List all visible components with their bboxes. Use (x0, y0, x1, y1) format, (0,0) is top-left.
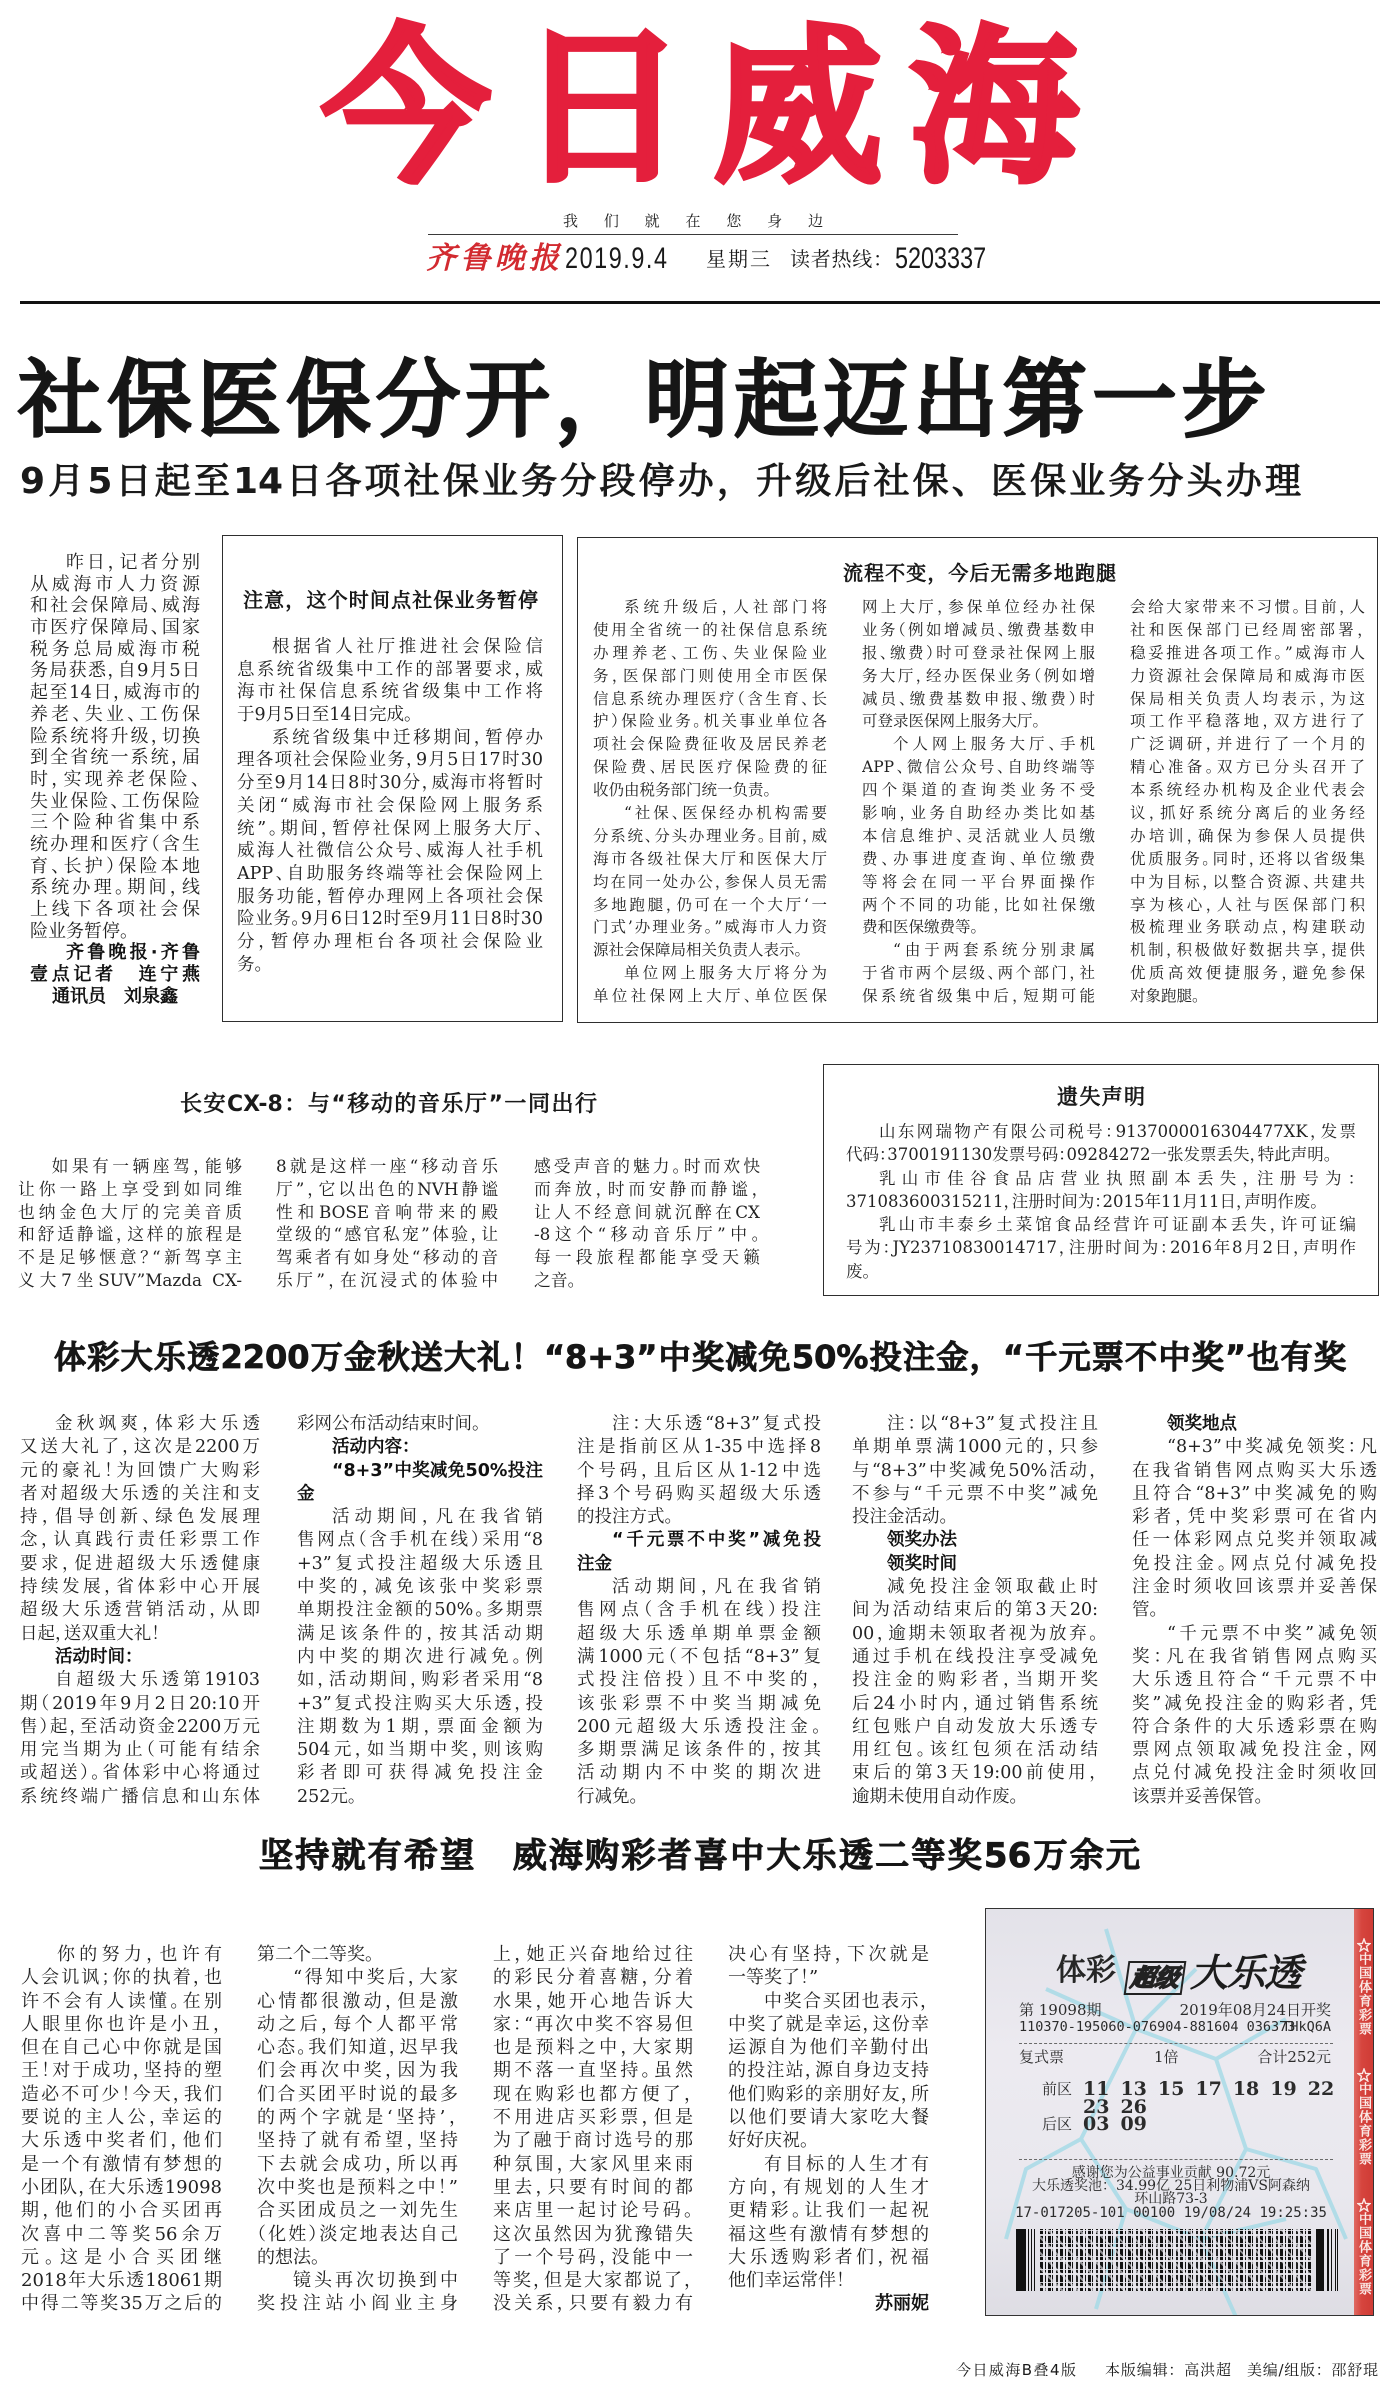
text-line: 注是指前区从1-35中选择8 (577, 1436, 821, 1459)
winner-story-column-2: 第二个二等奖。“得知中奖后，大家心情都很激动，但是激动之后，每个人都平常心态。我… (257, 1943, 458, 2316)
text-line: 们会再次中奖，因为我 (257, 2059, 458, 2082)
text-line: 息系统省级集中工作的部署要求，威 (237, 659, 543, 682)
lost-notice-body: 山东网瑞物产有限公司税号：9137000016304477XK，发票代码：370… (846, 1120, 1356, 1283)
text-line: 源社会保障局相关负责人表示。 (593, 939, 827, 962)
text-line: 险业务。9月6日12时至9月11日8时30 (237, 908, 543, 931)
text-line: 下去就会成功，所以再 (257, 2153, 458, 2176)
text-line: 不用进店买彩票，但是 (493, 2106, 693, 2129)
text-line: 项社会保险费征收及居民养老 (593, 733, 827, 756)
ticket-back-label: 后区 (1042, 2115, 1072, 2133)
text-line: 议，抓好系统分离后的业务经 (1130, 802, 1365, 825)
ticket-barcode (1016, 2229, 1339, 2291)
text-line: 等奖，但是大家都说了， (493, 2269, 693, 2292)
paragraph: 上，她正兴奋地给过往的彩民分着喜糖，分着水果，她开心地告诉大家：“再次中奖不容易… (493, 1943, 693, 2316)
paragraph: 网上大厅，参保单位经办社保业务（例如增减员、缴费基数申报、缴费）时可登录社保网上… (862, 596, 1095, 733)
text-line: 办理养老、工伤、失业保险业 (593, 642, 827, 665)
text-line: 不是足够惬意？“新驾享主 (18, 1246, 242, 1269)
text-line: 心情都很激动，但是激 (257, 1990, 458, 2013)
text-line: 等将会在同一平台界面操作 (862, 871, 1095, 894)
ticket-number: 09 (1120, 2114, 1146, 2134)
text-line: 海市社保信息系统省级集中工作将 (237, 681, 543, 704)
text-line: 但在自己心中你就是国 (21, 2036, 222, 2059)
text-line: 期（2019年9月2日20:10开 (20, 1693, 260, 1716)
issue-weekday: 星期三 (706, 247, 770, 271)
text-line: 自超级大乐透第19103 (20, 1669, 260, 1692)
ticket-brand: 体彩 (1056, 1953, 1116, 1989)
text-line: 的投注方式。 (577, 1506, 821, 1529)
text-line: 注：大乐透“8+3”复式投 (577, 1413, 821, 1436)
ticket-front-label: 前区 (1042, 2080, 1072, 2098)
text-line: 坚持了就有希望，坚持 (257, 2129, 458, 2152)
text-line: 金秋飒爽，体彩大乐透 (20, 1413, 260, 1436)
text-line: 到全省统一系统，届 (30, 747, 200, 769)
paragraph: 山东网瑞物产有限公司税号：9137000016304477XK，发票代码：370… (846, 1120, 1356, 1167)
byline: 通讯员 刘泉鑫 (30, 986, 200, 1008)
text-line: 优质高效便捷服务，避免参保 (1130, 962, 1365, 985)
text-line: 不参与“千元票不中奖”减免 (852, 1483, 1098, 1506)
section-heading: “8+3”中奖减免50%投注金 (297, 1460, 543, 1507)
newspaper-page: 今日威海 我们就在您身边 齐鲁晚报 2019.9.4 星期三 读者热线： 520… (0, 0, 1395, 2395)
text-line: 活动期间，凡在我省销 (297, 1506, 543, 1529)
text-line: 奖”减免投注金的购彩者，凭 (1132, 1693, 1377, 1716)
paragraph: 活动期间，凡在我省销售网点（含手机在线）投注超级大乐透单期单票金额满1000元（… (577, 1576, 821, 1809)
text-line: 次中奖也是预料之中！” (257, 2176, 458, 2199)
slogan-divider (428, 234, 958, 235)
ticket-number: 17 (1195, 2079, 1221, 2099)
cx8-column-3: 感受声音的魅力。时而欢快而奔放，时而安静而静谧，让人不经意间就沉醉在CX-8这个… (534, 1155, 760, 1292)
hotline-label: 读者热线： (790, 247, 893, 271)
text-line: “由于两套系统分别隶属 (862, 939, 1095, 962)
section-heading: 活动时间： (20, 1646, 260, 1669)
text-line: 王！对于成功，坚持的塑 (21, 2059, 222, 2082)
text-line: 减免投注金领取截止时 (852, 1576, 1098, 1599)
text-line: 的想法。 (257, 2246, 458, 2269)
text-line: 义大7坐SUV”Mazda CX- (18, 1269, 242, 1292)
text-line: 每一段旅程都能享受天籁 (534, 1246, 760, 1269)
text-line: 371083600315211，注册时间为：2015年11月11日，声明作废。 (846, 1190, 1356, 1213)
notice-box-title: 注意，这个时间点社保业务暂停 (243, 587, 538, 613)
text-line: 许不会有人读懂。在别 (21, 1990, 222, 2013)
text-line: 彩者即可获得减免投注金 (297, 1762, 543, 1785)
text-line: 第二个二等奖。 (257, 1943, 458, 1966)
text-line: 要求，促进超级大乐透健康 (20, 1553, 260, 1576)
text-line: 壹点记者 连宁燕 (30, 964, 200, 986)
text-line: 该张彩票不中奖当期减免 (577, 1693, 821, 1716)
paragraph: 注：以“8+3”复式投注且单期单票满1000元的，只参与“8+3”中奖减免50%… (852, 1413, 1098, 1529)
text-line: 大乐透购彩者们，祝福 (728, 2246, 929, 2269)
text-line: 山东网瑞物产有限公司税号：9137000016304477XK，发票 (846, 1120, 1356, 1143)
footer-editor: 本版编辑：高洪超 (1105, 2360, 1231, 2380)
winner-story-column-1: 你的努力，也许有人会讥讽；你的执着，也许不会有人读懂。在别人眼里你也许是小丑，但… (21, 1943, 222, 2316)
process-box-title: 流程不变，今后无需多地跑腿 (843, 560, 1116, 586)
ticket-serial: 110370-195060-076904-881604 036373 (1019, 2018, 1295, 2036)
text-line: 如，活动期间，购彩者采用“8 (297, 1669, 543, 1692)
text-line: 个人网上服务大厅、手机 (862, 733, 1095, 756)
text-line: 务局获悉，自9月5日 (30, 660, 200, 682)
text-line: 超级大乐透营销活动，从即 (20, 1599, 260, 1622)
text-line: 稳妥推进各项工作。”威海市人 (1130, 642, 1365, 665)
text-line: 免投注金。网点兑付减免投 (1132, 1553, 1377, 1576)
text-line: 与“8+3”中奖减免50%活动， (852, 1460, 1098, 1483)
lottery-ticket-photo: 体彩 超级 大乐透 第 19098期 2019年08月24日开奖 110370-… (985, 1908, 1374, 2316)
barcode-start-pattern (1016, 2229, 1036, 2291)
text-line: 之音。 (534, 1269, 760, 1292)
ticket-number: 19 (1270, 2079, 1296, 2099)
text-line: 元。这是小合买团继 (21, 2246, 222, 2269)
text-line: 中得二等奖35万之后的 (21, 2292, 222, 2315)
lottery-promo-column-4: 注：以“8+3”复式投注且单期单票满1000元的，只参与“8+3”中奖减免50%… (852, 1413, 1098, 1809)
section-heading: 领奖时间 (852, 1553, 1098, 1576)
text-line: 更精彩。让我们一起祝 (728, 2199, 929, 2222)
text-line: 乳山市丰泰乡土菜馆食品经营许可证副本丢失，许可证编 (846, 1213, 1356, 1236)
text-line: 项工作平稳落地，双方进行了 (1130, 710, 1365, 733)
text-line: 务，医保部门则使用全市医保 (593, 665, 827, 688)
text-line: 驾乘者有如身处“移动的音 (276, 1246, 498, 1269)
text-line: 200元超级大乐透投注金。 (577, 1716, 821, 1739)
text-line: 中奖合买团也表示， (728, 1990, 929, 2013)
text-line: 合买团成员之一刘先生 (257, 2199, 458, 2222)
text-line: 废。 (846, 1260, 1356, 1283)
text-line: 在我省销售网点购买大乐透 (1132, 1460, 1377, 1483)
text-line: 且符合“8+3”中奖减免的购 (1132, 1483, 1377, 1506)
paragraph: 如果有一辆座驾，能够让你一路上享受到如同维也纳金色大厅的完美音质和舒适静谧，这样… (18, 1155, 242, 1292)
text-line: 四个渠道的查询类业务不受 (862, 779, 1095, 802)
text-line: 活动期内不中奖的期次进 (577, 1762, 821, 1785)
text-line: 里去，只要有时间的都 (493, 2176, 693, 2199)
text-line: 广泛调研，并进行了一个月的 (1130, 733, 1365, 756)
strip-text: 中国体育彩票 (1354, 1952, 1373, 2036)
ticket-multiple: 1倍 (1154, 2048, 1179, 2066)
text-line: 内中奖的期次进行减免。例 (297, 1646, 543, 1669)
text-line: （化姓）淡定地表达自己 (257, 2223, 458, 2246)
ticket-logo: 超级 大乐透 (1126, 1951, 1301, 1995)
text-line: 齐鲁晚报·齐鲁 (30, 942, 200, 964)
paragraph: 个人网上服务大厅、手机APP、微信公众号、自助终端等四个渠道的查询类业务不受影响… (862, 733, 1095, 939)
text-line: 本信息维护、灵活就业人员缴 (862, 825, 1095, 848)
text-line: 而奔放，时而安静而静谧， (534, 1178, 760, 1201)
text-line: 504元，如当期中奖，则该购 (297, 1739, 543, 1762)
text-line: 领奖地点 (1132, 1413, 1377, 1436)
text-line: 注期数为1期，票面金额为 (297, 1716, 543, 1739)
text-line: 也是预料之中，大家期 (493, 2036, 693, 2059)
section-heading: “千元票不中奖”减免投注金 (577, 1529, 821, 1576)
ticket-terminal-info: 17-017205-101 00100 19/08/24 19:25:35 (986, 2205, 1356, 2221)
ticket-total: 合计252元 (1257, 2048, 1331, 2066)
text-line: 保局相关负责人均表示，为这 (1130, 688, 1365, 711)
paragraph: 注：大乐透“8+3”复式投注是指前区从1-35中选择8个号码，且后区从1-12中… (577, 1413, 821, 1529)
text-line: 保险费、居民医疗保险费的征 (593, 756, 827, 779)
text-line: -8这个“移动音乐厅”中。 (534, 1223, 760, 1246)
text-line: 次喜中二等奖56余万 (21, 2223, 222, 2246)
text-line: “得知中奖后，大家 (257, 1966, 458, 1989)
paragraph: 根据省人社厅推进社会保险信息系统省级集中工作的部署要求，威海市社保信息系统省级集… (237, 636, 543, 727)
text-line: 厅”，它以出色的NVH静谧 (276, 1178, 498, 1201)
footer-page-label: 今日威海B叠4版 (956, 2360, 1076, 2380)
text-line: 报、缴费）时可登录社保网上服 (862, 642, 1095, 665)
text-line: 税务总局威海市税 (30, 639, 200, 661)
text-line: 费、办事进度查询、单位缴费 (862, 848, 1095, 871)
text-line: 务大厅，经办医保业务（例如增 (862, 665, 1095, 688)
barcode-stop-pattern (1327, 2229, 1339, 2291)
text-line: 极梳理业务联动点，构建联动 (1130, 916, 1365, 939)
text-line: “千元票不中奖”减免投 (577, 1529, 821, 1552)
text-line: 减员、缴费基数申报、缴费）时 (862, 688, 1095, 711)
text-line: 该票并妥善保管。 (1132, 1786, 1377, 1809)
text-line: 8就是这样一座“移动音乐 (276, 1155, 498, 1178)
ticket-check-code: THkQ6A (1282, 2018, 1331, 2036)
text-line: 注：以“8+3”复式投注且 (852, 1413, 1098, 1436)
ticket-draw-date: 2019年08月24日开奖 (1180, 2001, 1331, 2019)
text-line: 号为：JY23710830014717，注册时间为：2016年8月2日，声明作 (846, 1236, 1356, 1259)
text-line: 你的努力，也许有 (21, 1943, 222, 1966)
text-line: 个号码，且后区从1-12中选 (577, 1460, 821, 1483)
strip-block: 中国体育彩票 (1354, 2068, 1373, 2166)
text-line: 分，暂停办理柜台各项社会保险业 (237, 931, 543, 954)
text-line: 售网点（含手机在线）采用“8 (297, 1529, 543, 1552)
hotline-number: 5203337 (895, 242, 986, 276)
strip-block: 中国体育彩票 (1354, 1938, 1373, 2036)
text-line: 有目标的人生才有 (728, 2153, 929, 2176)
notice-box-body: 根据省人社厅推进社会保险信息系统省级集中工作的部署要求，威海市社保信息系统省级集… (237, 636, 543, 976)
ticket-divider (1019, 2043, 1333, 2044)
text-line: “千元票不中奖”减免领 (1132, 1623, 1377, 1646)
text-line: 和社会保障局、威海 (30, 595, 200, 617)
text-line: 活动内容： (297, 1436, 543, 1459)
lottery-promo-column-3: 注：大乐透“8+3”复式投注是指前区从1-35中选择8个号码，且后区从1-12中… (577, 1413, 821, 1809)
text-line: 海市各级社保大厅和医保大厅 (593, 848, 827, 871)
text-line: 用完当期为止（可能有结余 (20, 1739, 260, 1762)
text-line: +3”复式投注超级大乐透且 (297, 1553, 543, 1576)
text-line: 252元。 (297, 1786, 543, 1809)
paragraph: 金秋飒爽，体彩大乐透又送大礼了，这次是2200万元的豪礼！为回馈广大购彩者对超级… (20, 1413, 260, 1646)
text-line: 领奖时间 (852, 1553, 1098, 1576)
text-line: 感受声音的魅力。时而欢快 (534, 1155, 760, 1178)
text-line: 护）保险业务。机关事业单位各 (593, 710, 827, 733)
text-line: 小团队，在大乐透19098 (21, 2176, 222, 2199)
text-line: 他们购彩的亲朋好友，所 (728, 2083, 929, 2106)
text-line: 方向，有规划的人生才 (728, 2176, 929, 2199)
text-line: 两个不同的功能，比如社保缴 (862, 894, 1095, 917)
text-line: 苏丽妮 (728, 2292, 929, 2315)
text-line: 领奖办法 (852, 1529, 1098, 1552)
text-line: APP、微信公众号、自助终端等 (862, 756, 1095, 779)
text-line: 种氛围，大家风里来雨 (493, 2153, 693, 2176)
paragraph: 第二个二等奖。 (257, 1943, 458, 1966)
paragraph: 彩网公布活动结束时间。 (297, 1413, 543, 1436)
text-line: 念，认真践行责任彩票工作 (20, 1529, 260, 1552)
text-line: 持续发展，省体彩中心开展 (20, 1576, 260, 1599)
text-line: 来店里一起讨论号码。 (493, 2199, 693, 2222)
text-line: 理各项社会保险业务，9月5日17时30 (237, 749, 543, 772)
text-line: 人眼里你也许是小丑， (21, 2013, 222, 2036)
ticket-number: 22 (1308, 2079, 1334, 2099)
paragraph: 8就是这样一座“移动音乐厅”，它以出色的NVH静谧性和BOSE音响带来的殿堂级的… (276, 1155, 498, 1292)
text-line: 后24小时内，通过销售系统 (852, 1693, 1098, 1716)
ticket-type: 复式票 (1019, 2048, 1064, 2066)
text-line: 于9月5日至14日完成。 (237, 704, 543, 727)
text-line: 网上大厅，参保单位经办社保 (862, 596, 1095, 619)
lead-subheadline: 9月5日起至14日各项社保业务分段停办，升级后社保、医保业务分头办理 (20, 462, 1301, 502)
text-line: 的投注站，源自身边支持 (728, 2059, 929, 2082)
text-line: 业务（例如增减员、缴费基数申 (862, 619, 1095, 642)
text-line: 失业保险、工伤保险 (30, 791, 200, 813)
lottery-promo-column-5: 领奖地点“8+3”中奖减免领奖：凡在我省销售网点购买大乐透且符合“8+3”中奖减… (1132, 1413, 1377, 1809)
winner-story-headline: 坚持就有希望 威海购彩者喜中大乐透二等奖56万余元 (259, 1836, 1140, 1876)
text-line: 系统省级集中迁移期间，暂停办 (237, 727, 543, 750)
text-line: 符合条件的大乐透彩票在购 (1132, 1716, 1377, 1739)
ticket-number: 03 (1083, 2114, 1109, 2134)
text-line: 超级大乐透单期单票金额 (577, 1623, 821, 1646)
text-line: 福这些有激情有梦想的 (728, 2223, 929, 2246)
text-line: 保系统省级集中后，短期可能 (862, 985, 1095, 1008)
text-line: 这次虽然因为犹豫错失 (493, 2223, 693, 2246)
lead-intro-column: 昨日，记者分别从威海市人力资源和社会保障局、威海市医疗保障局、国家税务总局威海市… (30, 552, 200, 1007)
byline: 苏丽妮 (728, 2292, 929, 2315)
text-line: 优质服务。同时，还将以省级集 (1130, 848, 1365, 871)
text-line: 可登录医保网上服务大厅。 (862, 710, 1095, 733)
text-line: 中奖的，减免该张中奖彩票 (297, 1576, 543, 1599)
issue-date: 2019.9.4 (565, 242, 669, 276)
text-line: 信息系统办理医疗（含生育、长 (593, 688, 827, 711)
text-line: 心态。我们知道，迟早我 (257, 2036, 458, 2059)
text-line: 本系统经办机构及企业代表会 (1130, 779, 1365, 802)
text-line: 上线下各项社会保 (30, 899, 200, 921)
text-line: 点兑付减免投注金时须收回 (1132, 1762, 1377, 1785)
text-line: 他们幸运常伴！ (728, 2269, 929, 2292)
text-line: 让人不经意间就沉醉在CX (534, 1201, 760, 1224)
text-line: 们合买团平时说的最多 (257, 2083, 458, 2106)
text-line: 分至9月14日8时30分，威海市将暂时 (237, 772, 543, 795)
paragraph: “社保、医保经办机构需要分系统、分头办理业务。目前，威海市各级社保大厅和医保大厅… (593, 802, 827, 962)
text-line: 分系统、分头办理业务。目前，威 (593, 825, 827, 848)
text-line: 管。 (1132, 1599, 1377, 1622)
text-line: 均在同一处办公，参保人员无需 (593, 871, 827, 894)
masthead-title: 今日威海 (322, 24, 1078, 192)
text-line: 养老、失业、工伤保 (30, 704, 200, 726)
text-line: 一等奖了！” (728, 1966, 929, 1989)
text-line: 运源自为他们辛勤付出 (728, 2036, 929, 2059)
text-line: 以他们要请大家吃大餐 (728, 2106, 929, 2129)
section-heading: 活动内容： (297, 1436, 543, 1459)
paragraph: 乳山市丰泰乡土菜馆食品经营许可证副本丢失，许可证编号为：JY2371083001… (846, 1213, 1356, 1283)
text-line: APP、自助服务终端等社会保险网上 (237, 863, 543, 886)
paragraph: 系统升级后，人社部门将使用全省统一的社保信息系统办理养老、工伤、失业保险业务，医… (593, 596, 827, 802)
sports-lottery-star-icon (1357, 2068, 1371, 2082)
text-line: 从威海市人力资源 (30, 574, 200, 596)
paragraph: 单位网上服务大厅将分为单位社保网上大厅、单位医保 (593, 962, 827, 1008)
text-line: 奖：凡在我省销售网点购买 (1132, 1646, 1377, 1669)
text-line: 彩者，凭中奖彩票可在省内 (1132, 1506, 1377, 1529)
text-line: 奖投注站小阎业主身 (257, 2292, 458, 2315)
text-line: 办培训，确保为参保人员提供 (1130, 825, 1365, 848)
text-line: 性和BOSE音响带来的殿 (276, 1201, 498, 1224)
text-line: 系统升级后，人社部门将 (593, 596, 827, 619)
text-line: 通讯员 刘泉鑫 (30, 986, 200, 1008)
text-line: 系统终端广播信息和山东体 (20, 1786, 260, 1809)
text-line: 使用全省统一的社保信息系统 (593, 619, 827, 642)
text-line: 彩网公布活动结束时间。 (297, 1413, 543, 1436)
text-line: 满足该条件的，按其活动期 (297, 1623, 543, 1646)
text-line: 间为活动结束后的第3天20: (852, 1599, 1098, 1622)
text-line: 或超送）。省体彩中心将通过 (20, 1762, 260, 1785)
paragraph: 系统省级集中迁移期间，暂停办理各项社会保险业务，9月5日17时30分至9月14日… (237, 727, 543, 977)
text-line: 市医疗保障局、国家 (30, 617, 200, 639)
text-line: 决心有坚持，下次就是 (728, 1943, 929, 1966)
lottery-promo-headline: 体彩大乐透2200万金秋送大礼！“8+3”中奖减免50%投注金，“千元票不中奖”… (54, 1338, 1346, 1376)
text-line: 又送大礼了，这次是2200万 (20, 1436, 260, 1459)
text-line: 没关系，只要有毅力有 (493, 2292, 693, 2315)
text-line: 投注金的购彩者，当期开奖 (852, 1669, 1098, 1692)
text-line: 好好庆祝。 (728, 2129, 929, 2152)
text-line: 威海人社微信公众号、威海人社手机 (237, 840, 543, 863)
text-line: 力资源社会保障局和威海市医 (1130, 665, 1365, 688)
section-heading: 领奖地点 (1132, 1413, 1377, 1436)
cx8-title: 长安CX-8：与“移动的音乐厅”一同出行 (180, 1091, 597, 1119)
paragraph: 感受声音的魅力。时而欢快而奔放，时而安静而静谧，让人不经意间就沉醉在CX-8这个… (534, 1155, 760, 1292)
text-line: 注金 (577, 1553, 821, 1576)
sports-lottery-star-icon (1357, 2198, 1371, 2212)
text-line: 上，她正兴奋地给过往 (493, 1943, 693, 1966)
text-line: 束后的第3天19:00前使用， (852, 1762, 1098, 1785)
text-line: 起至14日，威海市的 (30, 682, 200, 704)
paragraph: 中奖合买团也表示，中奖了就是幸运，这份幸运源自为他们辛勤付出的投注站，源自身边支… (728, 1990, 929, 2153)
text-line: 红包账户自动发放大乐透专 (852, 1716, 1098, 1739)
text-line: 昨日，记者分别 (30, 552, 200, 574)
text-line: 2018年大乐透18061期 (21, 2269, 222, 2292)
paragraph: 昨日，记者分别从威海市人力资源和社会保障局、威海市医疗保障局、国家税务总局威海市… (30, 552, 200, 942)
text-line: 现在购彩也都方便了， (493, 2083, 693, 2106)
text-line: 大乐透且符合“千元票不中 (1132, 1669, 1377, 1692)
cx8-column-1: 如果有一辆座驾，能够让你一路上享受到如同维也纳金色大厅的完美音质和舒适静谧，这样… (18, 1155, 242, 1292)
ticket-back-numbers: 03 09 (1083, 2114, 1147, 2134)
paragraph: “8+3”中奖减免领奖：凡在我省销售网点购买大乐透且符合“8+3”中奖减免的购彩… (1132, 1436, 1377, 1622)
barcode-guard-bar (1316, 2229, 1324, 2291)
text-line: 择3个号码购买超级大乐透 (577, 1483, 821, 1506)
text-line: 三个险种省集中系 (30, 812, 200, 834)
text-line: 务。 (237, 954, 543, 977)
text-line: 对象跑腿。 (1130, 985, 1365, 1008)
text-line: 动之后，每个人都平常 (257, 2013, 458, 2036)
paragraph: 乳山市佳谷食品店营业执照副本丢失，注册号为：371083600315211，注册… (846, 1167, 1356, 1214)
text-line: 堂级的“感官私宠”体验，让 (276, 1223, 498, 1246)
text-line: 金 (297, 1483, 543, 1506)
lead-headline: 社保医保分开，明起迈出第一步 (18, 352, 1266, 448)
text-line: 享为核心，人社与医保部门积 (1130, 894, 1365, 917)
paragraph: 自超级大乐透第19103期（2019年9月2日20:10开售）起，至活动资金22… (20, 1669, 260, 1809)
byline: 齐鲁晚报·齐鲁壹点记者 连宁燕 (30, 942, 200, 985)
text-line: 统”。期间，暂停社保网上服务大厅、 (237, 818, 543, 841)
ticket-number: 18 (1233, 2079, 1259, 2099)
footer-designer: 美编/组版：邵舒琨 (1247, 2360, 1378, 2380)
text-line: 人会讥讽；你的执着，也 (21, 1966, 222, 1989)
text-line: 期不落一直坚持。虽然 (493, 2059, 693, 2082)
sports-lottery-star-icon (1357, 1938, 1371, 1952)
text-line: 00，逾期未领取者视为放弃。 (852, 1623, 1098, 1646)
paragraph: “由于两套系统分别隶属于省市两个层级、两个部门，社保系统省级集中后，短期可能 (862, 939, 1095, 1008)
text-line: 售网点（含手机在线）投注 (577, 1599, 821, 1622)
paragraph: 减免投注金领取截止时间为活动结束后的第3天20:00，逾期未领取者视为放弃。通过… (852, 1576, 1098, 1809)
paragraph: 活动期间，凡在我省销售网点（含手机在线）采用“8+3”复式投注超级大乐透且中奖的… (297, 1506, 543, 1809)
ticket-logo-big: 大乐透 (1190, 1951, 1301, 1995)
masthead-rule (20, 301, 1380, 304)
process-box-column-1: 系统升级后，人社部门将使用全省统一的社保信息系统办理养老、工伤、失业保险业务，医… (593, 596, 827, 1008)
text-line: 乐厅”，在沉浸式的体验中 (276, 1269, 498, 1292)
text-line: 行减免。 (577, 1786, 821, 1809)
text-line: 门式’办理业务。”威海市人力资 (593, 916, 827, 939)
lottery-promo-column-2: 彩网公布活动结束时间。活动内容：“8+3”中奖减免50%投注金活动期间，凡在我省… (297, 1413, 543, 1809)
text-line: 元的豪礼！为回馈广大购彩 (20, 1460, 260, 1483)
ticket-issue: 第 19098期 (1019, 2001, 1102, 2019)
